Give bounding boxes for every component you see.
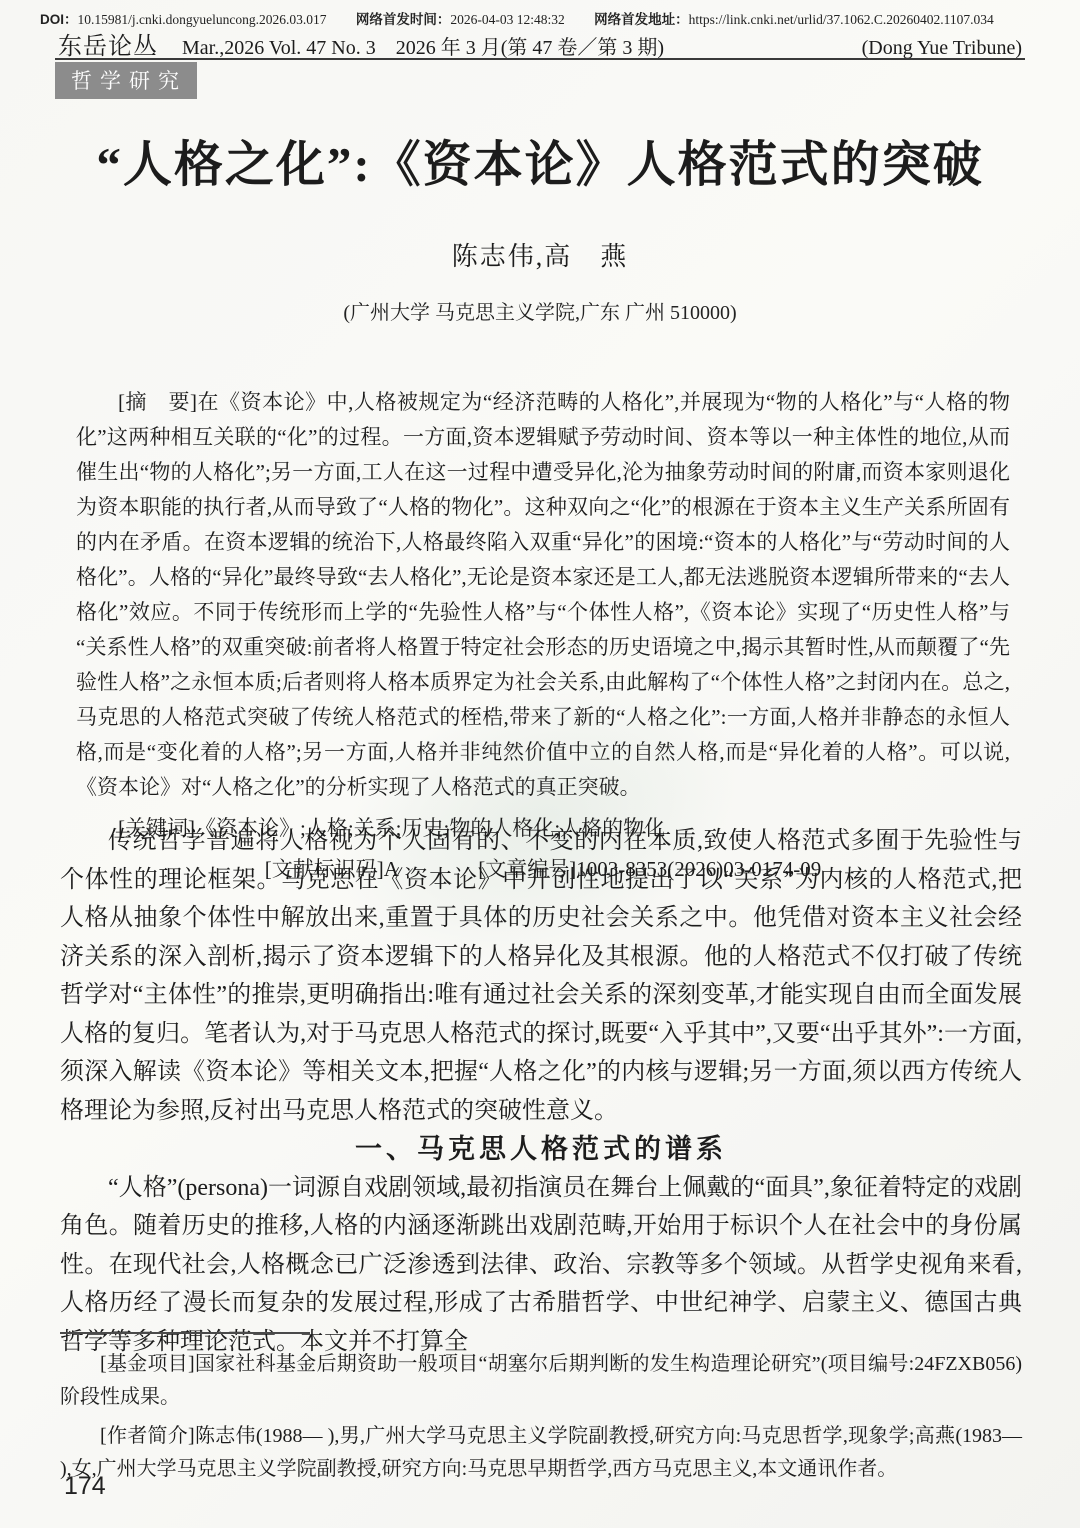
- online-address-value: https://link.cnki.net/urlid/37.1062.C.20…: [689, 12, 994, 27]
- header-rule: [55, 58, 1025, 60]
- body-text: 传统哲学普遍将人格视为个人固有的、不变的内在本质,致使人格范式多囿于先验性与个体…: [60, 822, 1022, 1361]
- abstract-label: [摘 要]: [118, 390, 197, 414]
- section-heading-1: 一、马克思人格范式的谱系: [60, 1130, 1022, 1169]
- journal-page: DOI：10.15981/j.cnki.dongyueluncong.2026.…: [0, 0, 1080, 1528]
- doi-segment: DOI：10.15981/j.cnki.dongyueluncong.2026.…: [40, 12, 327, 27]
- abstract-text: 在《资本论》中,人格被规定为“经济范畴的人格化”,并展现为“物的人格化”与“人格…: [76, 390, 1010, 799]
- footnote-bio: [作者简介]陈志伟(1988— ),男,广州大学马克思主义学院副教授,研究方向:…: [60, 1420, 1022, 1486]
- fund-text: 国家社科基金后期资助一般项目“胡塞尔后期判断的发生构造理论研究”(项目编号:24…: [60, 1353, 1022, 1408]
- bio-label: [作者简介]: [100, 1425, 195, 1447]
- online-address-label: 网络首发地址：: [594, 12, 689, 27]
- body-paragraph-1: 传统哲学普遍将人格视为个人固有的、不变的内在本质,致使人格范式多囿于先验性与个体…: [60, 822, 1022, 1130]
- article-authors: 陈志伟,高 燕: [0, 236, 1080, 273]
- column-badge: 哲学研究: [55, 62, 197, 99]
- doi-value: 10.15981/j.cnki.dongyueluncong.2026.03.0…: [78, 12, 327, 27]
- online-time-label: 网络首发时间：: [356, 12, 451, 27]
- doi-line: DOI：10.15981/j.cnki.dongyueluncong.2026.…: [40, 8, 1050, 28]
- article-affiliation: (广州大学 马克思主义学院,广东 广州 510000): [0, 296, 1080, 325]
- footnote-separator: [60, 1332, 310, 1334]
- abstract-paragraph: [摘 要]在《资本论》中,人格被规定为“经济范畴的人格化”,并展现为“物的人格化…: [76, 385, 1010, 805]
- abstract-block: [摘 要]在《资本论》中,人格被规定为“经济范畴的人格化”,并展现为“物的人格化…: [76, 385, 1010, 887]
- journal-issue-info: Mar.,2026 Vol. 47 No. 3 2026 年 3 月(第 47 …: [182, 31, 862, 60]
- online-time-segment: 网络首发时间：2026-04-03 12:48:32: [356, 12, 565, 27]
- masthead: 东岳论丛 Mar.,2026 Vol. 47 No. 3 2026 年 3 月(…: [58, 26, 1022, 52]
- fund-label: [基金项目]: [100, 1353, 195, 1375]
- footnote-fund: [基金项目]国家社科基金后期资助一般项目“胡塞尔后期判断的发生构造理论研究”(项…: [60, 1348, 1022, 1414]
- online-address-segment: 网络首发地址：https://link.cnki.net/urlid/37.10…: [594, 12, 994, 27]
- journal-title-en: (Dong Yue Tribune): [862, 37, 1022, 60]
- article-title: “人格之化”:《资本论》人格范式的突破: [40, 126, 1040, 196]
- journal-title-cn: 东岳论丛: [58, 26, 158, 61]
- footnotes: [基金项目]国家社科基金后期资助一般项目“胡塞尔后期判断的发生构造理论研究”(项…: [60, 1348, 1022, 1492]
- doi-label: DOI：: [40, 12, 78, 27]
- bio-text: 陈志伟(1988— ),男,广州大学马克思主义学院副教授,研究方向:马克思哲学,…: [60, 1425, 1022, 1480]
- page-number: 174: [64, 1472, 106, 1501]
- online-time-value: 2026-04-03 12:48:32: [450, 12, 564, 27]
